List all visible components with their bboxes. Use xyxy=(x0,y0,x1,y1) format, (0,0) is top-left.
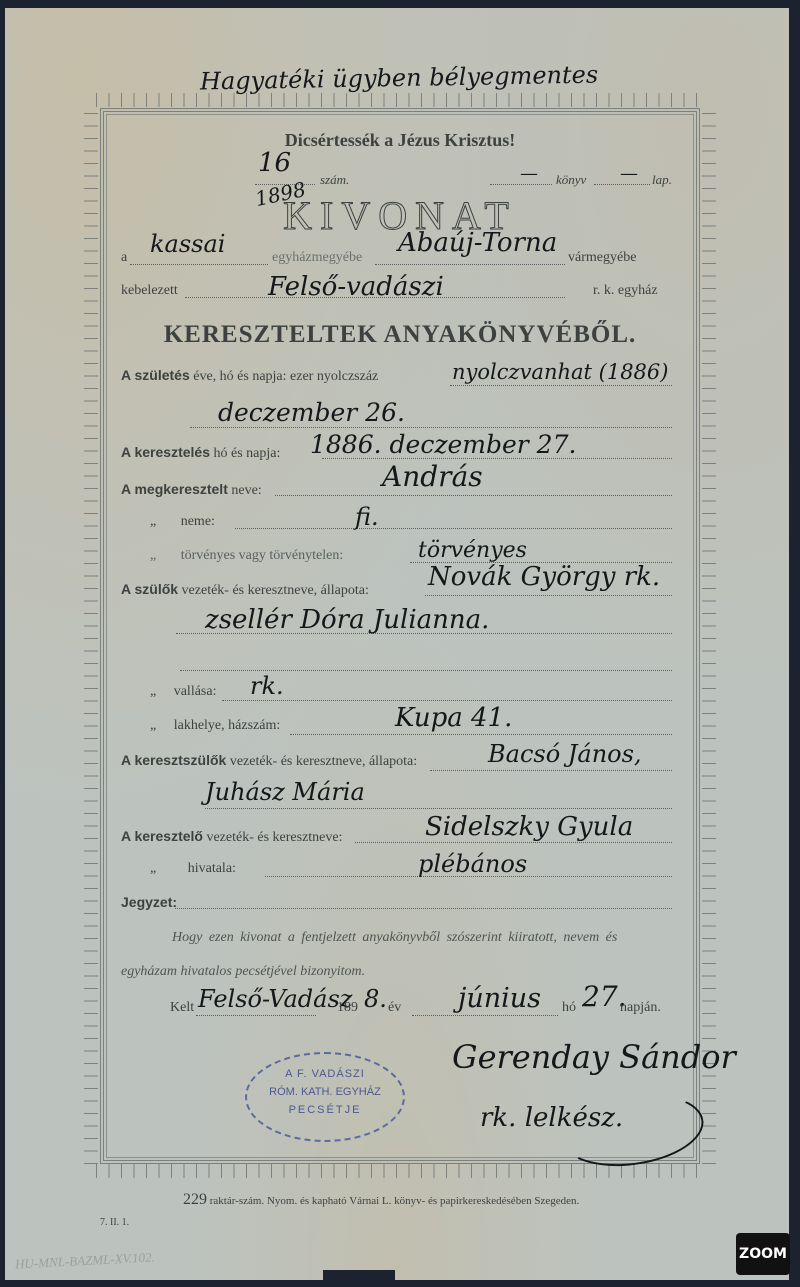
field-parents-continuation: zsellér Dóra Julianna. xyxy=(205,605,489,635)
field-birth-continuation: deczember 26. xyxy=(218,398,405,427)
field-baptism-label: A keresztelés hó és napja: xyxy=(121,444,280,462)
field-baptism-label-text: hó és napja: xyxy=(213,446,280,461)
field-religion-label: „ vallása: xyxy=(150,684,216,700)
county-value: Abaúj-Torna xyxy=(398,228,557,258)
field-residence-dots xyxy=(290,734,672,735)
printer-line: 229 raktár-szám. Nyom. és kapható Várnai… xyxy=(183,1191,579,1209)
number-label: szám. xyxy=(320,172,349,188)
field-baptism-value: 1886. deczember 27. xyxy=(310,430,576,459)
zoom-logo-badge: ZOOM xyxy=(736,1233,790,1275)
month-dots xyxy=(412,1015,558,1016)
field-baptizer-dots xyxy=(355,842,672,843)
parish-seal-stamp: A F. VADÁSZI RÓM. KATH. EGYHÁZ PECSÉTJE xyxy=(245,1052,405,1142)
parish-value: Felső-vadászi xyxy=(268,272,444,302)
number-value: 16 xyxy=(258,148,291,178)
field-legit-label: „ törvényes vagy törvénytelen: xyxy=(150,548,343,564)
field-godparents-dots-2 xyxy=(205,808,672,809)
book-value: — xyxy=(520,163,538,184)
field-name-value: András xyxy=(382,460,483,493)
diocese-value: kassai xyxy=(150,230,225,258)
stamp-line-3: PECSÉTJE xyxy=(247,1104,403,1116)
year-digit: 8. xyxy=(364,985,387,1013)
certification-line-1: Hogy ezen kivonat a fentjelzett anyaköny… xyxy=(172,930,617,946)
field-office-label-text: hivatala: xyxy=(188,861,236,876)
field-parents-label-bold: A szülők xyxy=(121,581,178,597)
signature-name: Gerenday Sándor xyxy=(452,1038,736,1076)
month-value: június xyxy=(458,983,541,1014)
field-baptizer-label-text: vezeték- és keresztneve: xyxy=(206,830,342,845)
border-top-ornament xyxy=(96,93,704,107)
place-dots xyxy=(196,1015,316,1016)
field-sex-ditto: „ xyxy=(150,514,156,529)
field-birth-label-text: éve, hó és napja: ezer nyolczszáz xyxy=(193,369,378,384)
field-birth-dots-2 xyxy=(190,427,672,428)
field-name-dots xyxy=(275,495,672,496)
field-religion-dots xyxy=(222,700,672,701)
field-parents-label-text: vezeték- és keresztneve, állapota: xyxy=(182,583,369,598)
field-godparents-value: Bacsó János, xyxy=(488,740,642,768)
county-dots xyxy=(375,264,565,265)
field-residence-label: „ lakhelye, házszám: xyxy=(150,718,280,734)
certification-line-2: egyházam hivatalos pecsétjével bizonyito… xyxy=(121,964,365,980)
field-legit-ditto: „ xyxy=(150,548,156,563)
field-baptizer-label: A keresztelő vezeték- és keresztneve: xyxy=(121,828,343,846)
field-religion-value: rk. xyxy=(250,672,284,700)
field-birth-label: A születés éve, hó és napja: ezer nyolcz… xyxy=(121,367,378,385)
year-prefix: 189 xyxy=(337,1000,358,1016)
field-sex-label: „ neme: xyxy=(150,514,215,530)
place-value: Felső-Vadász xyxy=(198,985,352,1013)
field-note-dots xyxy=(175,908,672,909)
month-label: hó xyxy=(562,1000,576,1016)
field-baptism-label-bold: A keresztelés xyxy=(121,444,210,460)
field-sex-dots xyxy=(235,528,672,529)
page-dots xyxy=(594,184,650,185)
book-label: könyv xyxy=(556,172,586,188)
year-label: év xyxy=(388,1000,401,1016)
field-name-label: A megkeresztelt neve: xyxy=(121,481,262,499)
field-parents-dots xyxy=(425,595,672,596)
field-baptizer-value: Sidelszky Gyula xyxy=(425,812,633,842)
field-legit-label-text: törvényes vagy törvénytelen: xyxy=(181,548,344,563)
zoom-logo-text: ZOOM xyxy=(739,1246,787,1262)
salutation: Dicsértessék a Jézus Krisztus! xyxy=(0,130,800,151)
day-label: napján. xyxy=(620,1000,661,1016)
border-right-ornament xyxy=(702,108,716,1164)
book-dots xyxy=(490,184,552,185)
stamp-line-1: A F. VADÁSZI xyxy=(247,1068,403,1080)
field-residence-ditto: „ xyxy=(150,718,156,733)
field-sex-label-text: neme: xyxy=(181,514,215,529)
field-note-label: Jegyzet: xyxy=(121,894,177,910)
field-parents-value: Novák György rk. xyxy=(428,562,660,592)
form-code: 7. II. 1. xyxy=(100,1217,129,1228)
field-religion-ditto: „ xyxy=(150,684,156,699)
field-office-value: plébános xyxy=(418,850,527,878)
paper-tear xyxy=(323,1270,395,1280)
field-name-label-text: neve: xyxy=(231,483,261,498)
printer-text: raktár-szám. Nyom. és kapható Várnai L. … xyxy=(210,1195,579,1207)
field-birth-label-bold: A születés xyxy=(121,367,190,383)
border-left-ornament xyxy=(84,108,98,1164)
county-label: vármegyébe xyxy=(568,250,636,266)
field-residence-value: Kupa 41. xyxy=(395,703,512,733)
subtitle: KERESZTELTEK ANYAKÖNYVÉBŐL. xyxy=(0,321,800,349)
field-office-ditto: „ xyxy=(150,861,156,876)
field-birth-value: nyolczvanhat (1886) xyxy=(452,360,668,384)
field-birth-dots xyxy=(450,385,672,386)
field-legit-value: törvényes xyxy=(418,538,527,563)
field-godparents-label: A keresztszülők vezeték- és keresztneve,… xyxy=(121,752,417,770)
field-residence-label-text: lakhelye, házszám: xyxy=(174,718,281,733)
field-sex-value: fi. xyxy=(355,503,379,531)
printer-number: 229 xyxy=(183,1191,207,1208)
parish-suffix: r. k. egyház xyxy=(593,283,658,299)
field-baptizer-label-bold: A keresztelő xyxy=(121,828,203,844)
field-parents-label: A szülők vezeték- és keresztneve, állapo… xyxy=(121,581,369,599)
field-office-label: „ hivatala: xyxy=(150,861,236,877)
stamp-line-2: RÓM. KATH. EGYHÁZ xyxy=(247,1086,403,1098)
diocese-dots xyxy=(130,264,268,265)
field-godparents-label-bold: A keresztszülők xyxy=(121,752,226,768)
field-name-label-bold: A megkeresztelt xyxy=(121,481,228,497)
diocese-label: egyházmegyébe xyxy=(272,250,362,266)
diocese-prefix: a xyxy=(121,250,127,266)
field-godparents-dots xyxy=(430,770,672,771)
page-value: — xyxy=(620,163,638,184)
field-godparents-continuation: Juhász Mária xyxy=(205,778,365,806)
kelt-label: Kelt xyxy=(170,1000,194,1016)
parish-label: kebelezett xyxy=(121,283,178,299)
field-godparents-label-text: vezeték- és keresztneve, állapota: xyxy=(230,754,417,769)
field-parents-dots-3 xyxy=(180,670,672,671)
field-religion-label-text: vallása: xyxy=(174,684,217,699)
page-label: lap. xyxy=(652,172,672,188)
